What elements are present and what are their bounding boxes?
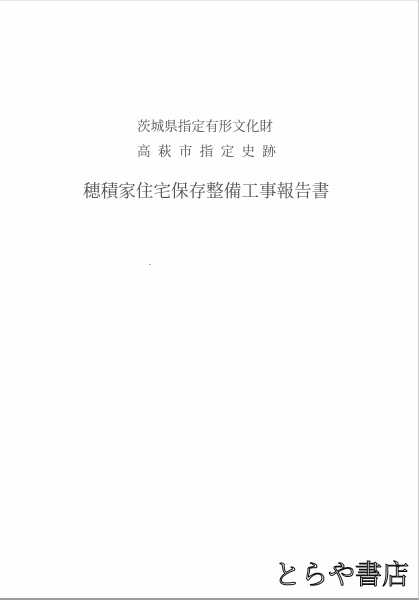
report-title: 穂積家住宅保存整備工事報告書	[83, 181, 329, 203]
seller-watermark: とらや書店	[274, 560, 409, 592]
designation-prefecture: 茨城県指定有形文化財	[137, 118, 277, 136]
book-cover-page: 茨城県指定有形文化財 高萩市指定史跡 穂積家住宅保存整備工事報告書 とらや書店	[0, 0, 419, 600]
designation-city: 高萩市指定史跡	[137, 143, 277, 161]
scan-speck	[149, 264, 151, 265]
scan-edge-shadow	[0, 0, 418, 1]
